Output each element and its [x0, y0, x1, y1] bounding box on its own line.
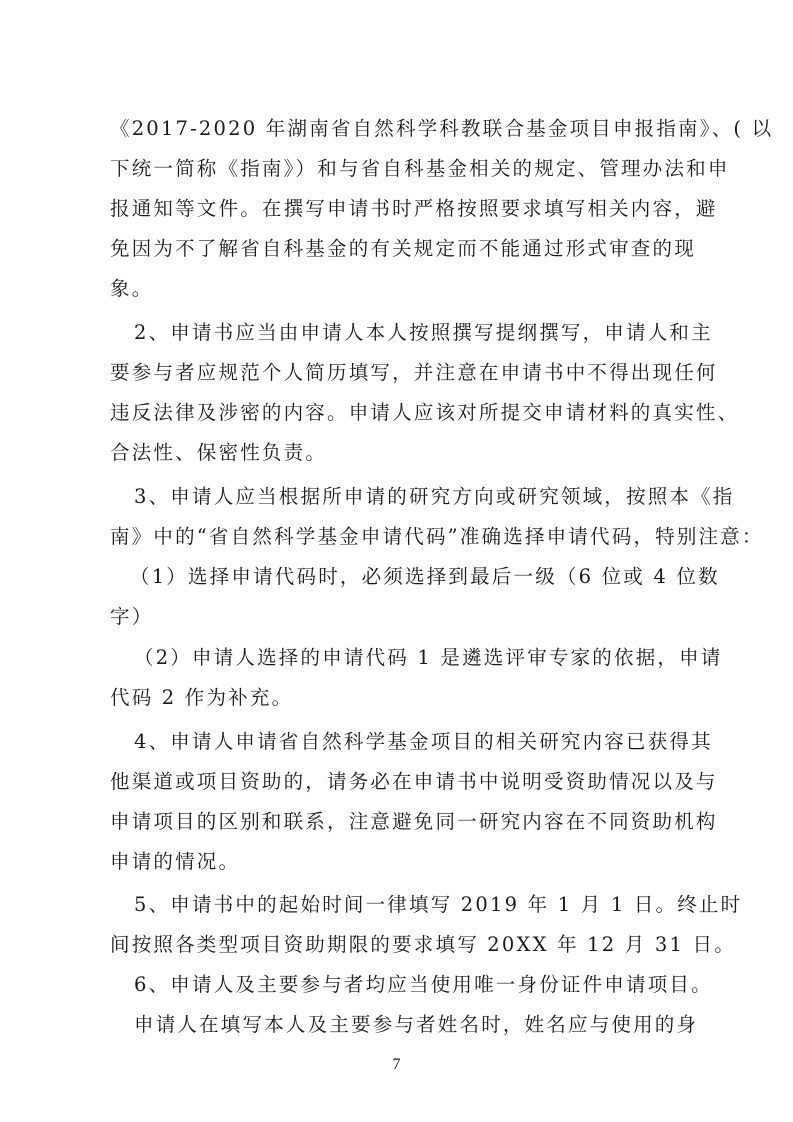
text-line: 他渠道或项目资助的，请务必在申请书中说明受资助情况以及与 [110, 770, 688, 794]
text-line: 南》中的“省自然科学基金申请代码”准确选择申请代码，特别注意： [110, 525, 688, 549]
text-line: 违反法律及涉密的内容。申请人应该对所提交申请材料的真实性、 [110, 401, 688, 425]
document-page: 《2017-2020 年湖南省自然科学科教联合基金项目申报指南》、( 以 下统一… [0, 0, 793, 1122]
paragraph-3-start: 3、申请人应当根据所申请的研究方向或研究领域，按照本《指 [134, 485, 688, 509]
text-line: 免因为不了解省自科基金的有关规定而不能通过形式审查的现 [110, 237, 688, 261]
page-number: 7 [0, 1056, 793, 1074]
text-line: 要参与者应规范个人简历填写，并注意在申请书中不得出现任何 [110, 361, 688, 385]
paragraph-4-start: 4、申请人申请省自然科学基金项目的相关研究内容已获得其 [134, 730, 688, 754]
sub-item-1: （1）选择申请代码时，必须选择到最后一级（6 位或 4 位数 [130, 565, 708, 589]
sub-item-2: （2）申请人选择的申请代码 1 是遴选评审专家的依据，申请 [134, 646, 688, 670]
paragraph-5-start: 5、申请书中的起始时间一律填写 2019 年 1 月 1 日。终止时 [134, 893, 688, 917]
text-line: 报通知等文件。在撰写申请书时严格按照要求填写相关内容，避 [110, 197, 688, 221]
text-line: 间按照各类型项目资助期限的要求填写 20XX 年 12 月 31 日。 [110, 933, 688, 957]
text-line: 象。 [110, 277, 688, 301]
text-line: 下统一简称《指南》）和与省自科基金相关的规定、管理办法和申 [110, 157, 688, 181]
text-line: 申请的情况。 [110, 850, 688, 874]
text-line: 申请项目的区别和联系，注意避免同一研究内容在不同资助机构 [110, 810, 688, 834]
text-line: 《2017-2020 年湖南省自然科学科教联合基金项目申报指南》、( 以 [110, 117, 688, 141]
text-line: 合法性、保密性负责。 [110, 441, 688, 465]
paragraph-2-start: 2、申请书应当由申请人本人按照撰写提纲撰写，申请人和主 [134, 321, 688, 345]
text-line: 申请人在填写本人及主要参与者姓名时，姓名应与使用的身 [134, 1013, 688, 1037]
text-line: 字） [110, 605, 688, 629]
paragraph-6-start: 6、申请人及主要参与者均应当使用唯一身份证件申请项目。 [134, 973, 688, 997]
text-line: 代码 2 作为补充。 [110, 686, 688, 710]
